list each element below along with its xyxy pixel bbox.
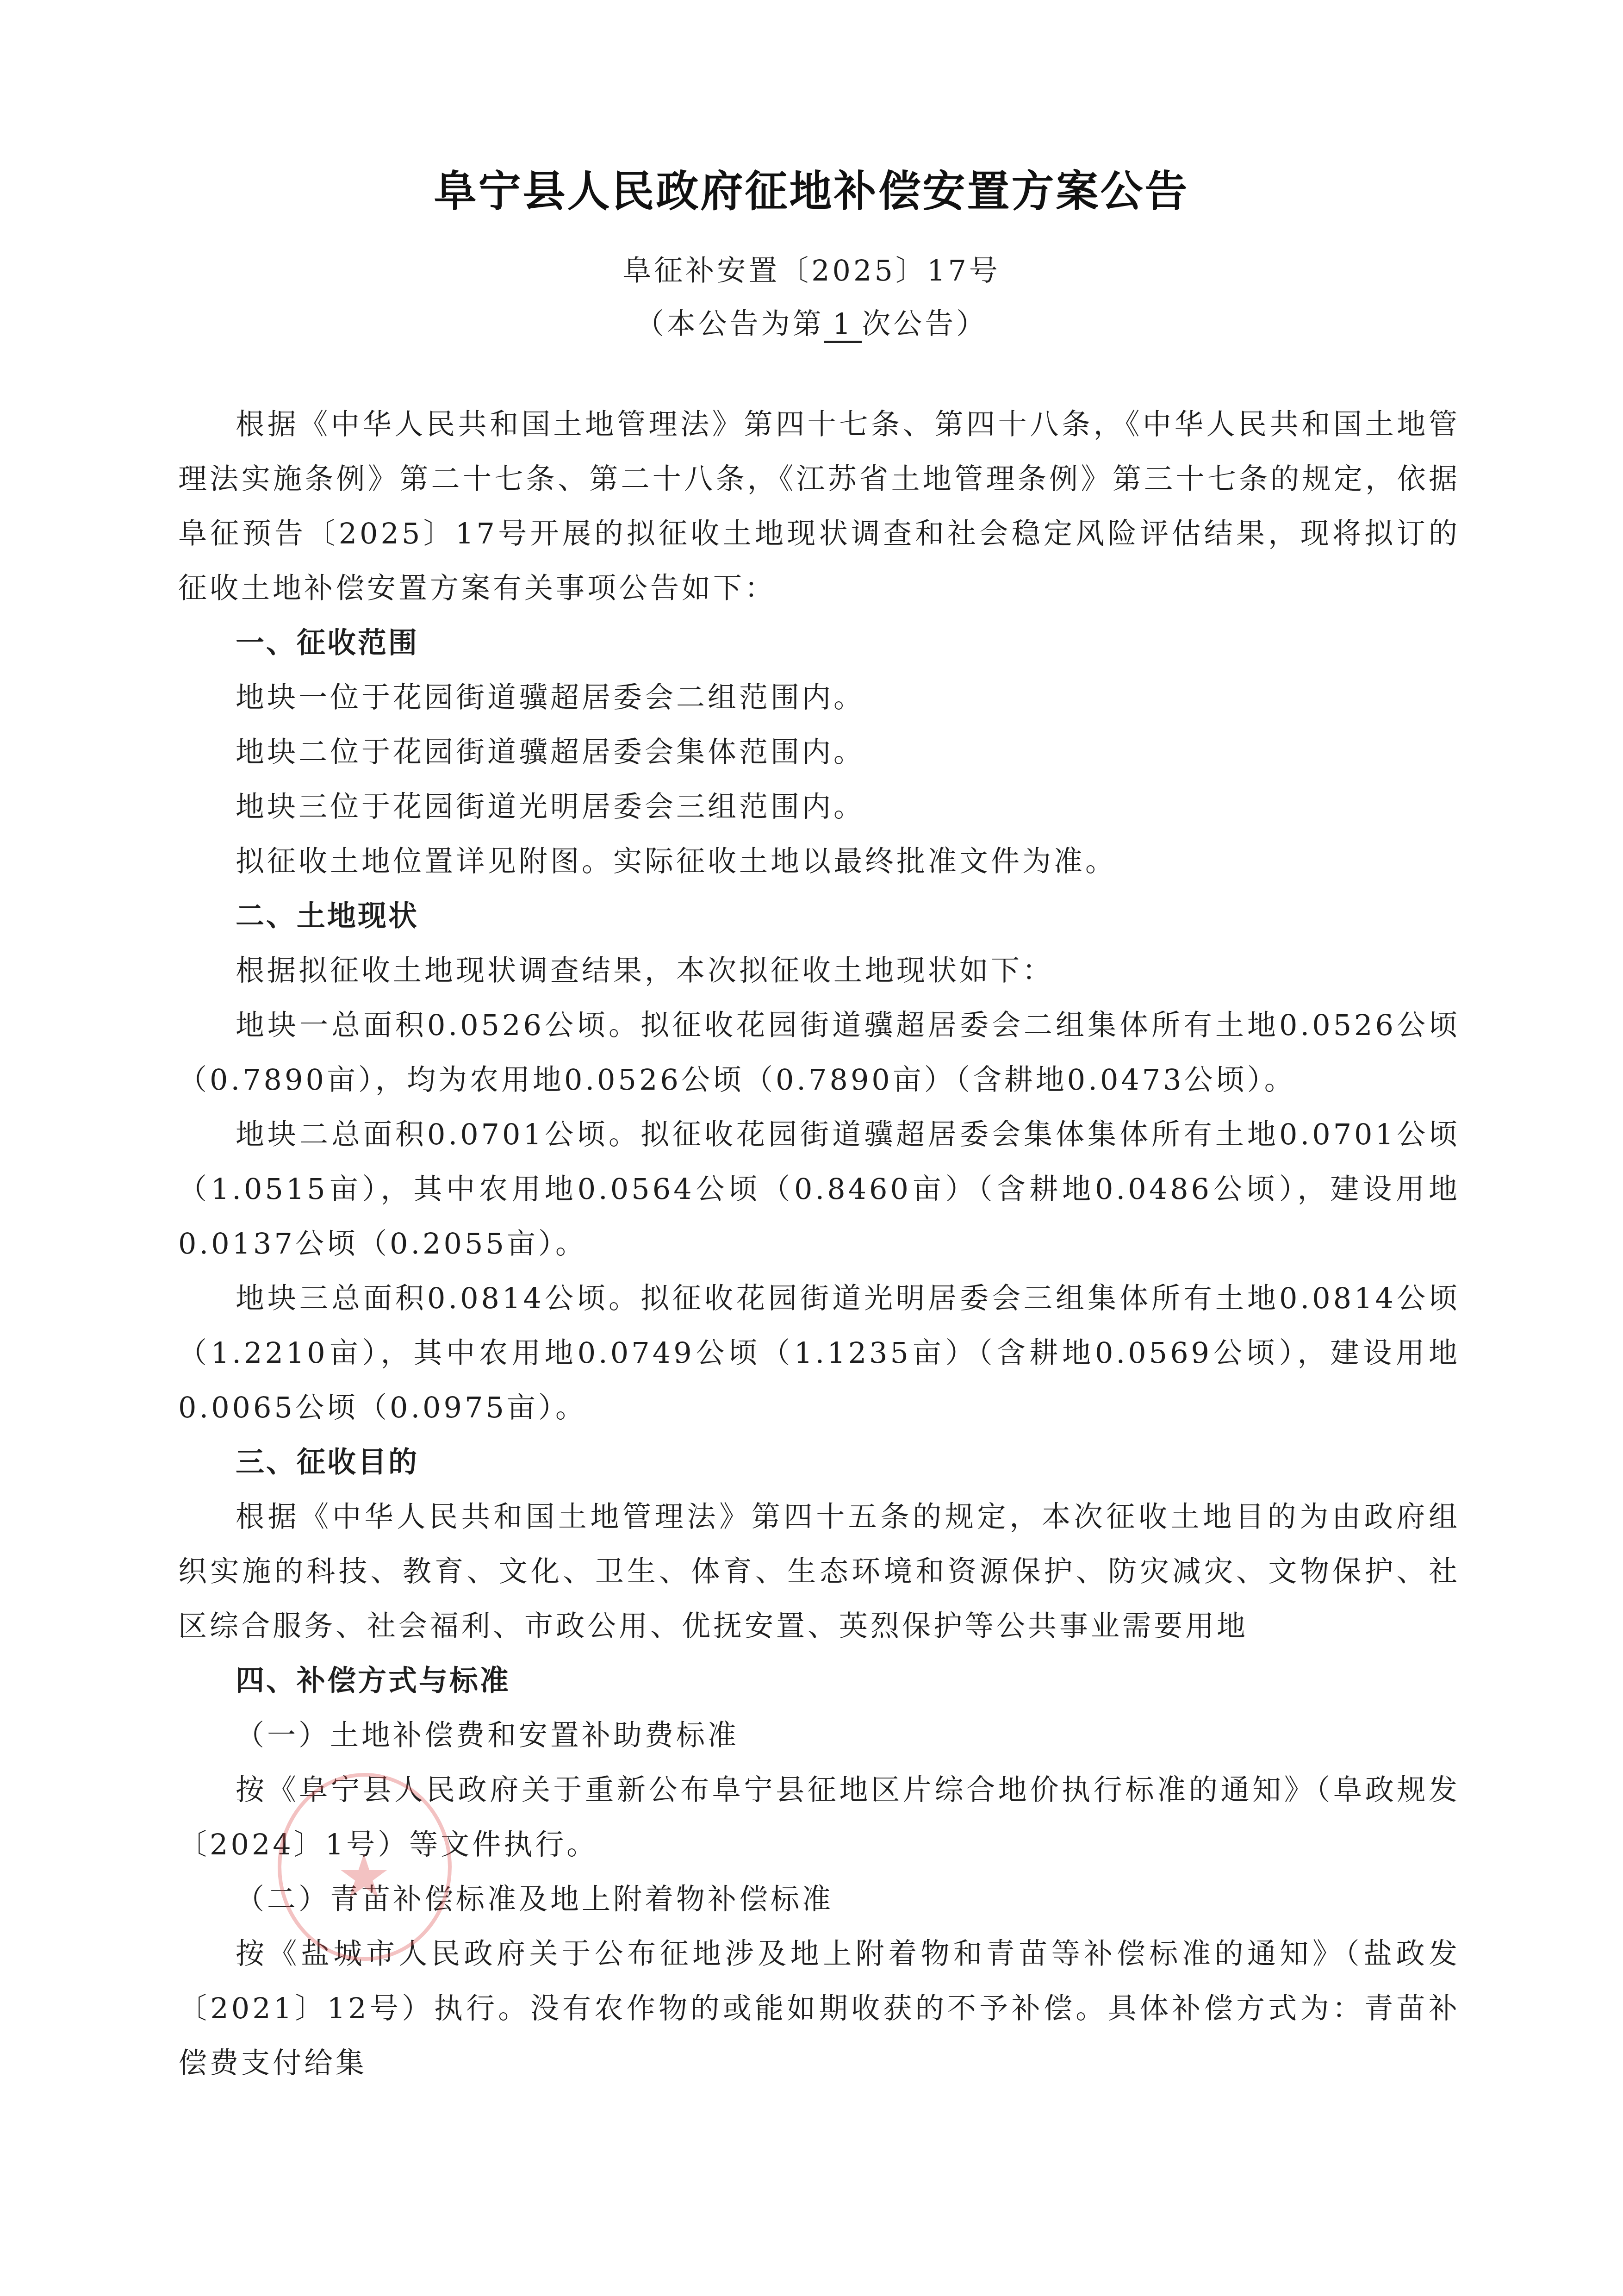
round-suffix: 次公告）	[862, 307, 988, 341]
announcement-round: （本公告为第1次公告）	[0, 301, 1623, 343]
paragraph: 根据拟征收土地现状调查结果，本次拟征收土地现状如下：	[178, 943, 1460, 998]
subsection-heading: （二）青苗补偿标准及地上附着物补偿标准	[178, 1872, 1460, 1927]
section-heading-land-status: 二、土地现状	[178, 889, 1460, 943]
document-number: 阜征补安置〔2025〕17号	[0, 248, 1623, 289]
paragraph-plot-2: 地块二总面积0.0701公顷。拟征收花园街道骥超居委会集体集体所有土地0.070…	[178, 1107, 1460, 1271]
paragraph: 地块三位于花园街道光明居委会三组范围内。	[178, 780, 1460, 834]
section-heading-scope: 一、征收范围	[178, 616, 1460, 670]
section-heading-compensation: 四、补偿方式与标准	[178, 1653, 1460, 1708]
paragraph: 地块一位于花园街道骥超居委会二组范围内。	[178, 670, 1460, 725]
paragraph-plot-1: 地块一总面积0.0526公顷。拟征收花园街道骥超居委会二组集体所有土地0.052…	[178, 998, 1460, 1107]
paragraph: 拟征收土地位置详见附图。实际征收土地以最终批准文件为准。	[178, 834, 1460, 889]
paragraph: 按《盐城市人民政府关于公布征地涉及地上附着物和青苗等补偿标准的通知》（盐政发〔2…	[178, 1927, 1460, 2090]
paragraph-plot-3: 地块三总面积0.0814公顷。拟征收花园街道光明居委会三组集体所有土地0.081…	[178, 1271, 1460, 1435]
document-page: 阜宁县人民政府征地补偿安置方案公告 阜征补安置〔2025〕17号 （本公告为第1…	[0, 0, 1623, 2296]
round-prefix: （本公告为第	[635, 307, 824, 341]
paragraph: 按《阜宁县人民政府关于重新公布阜宁县征地区片综合地价执行标准的通知》（阜政规发〔…	[178, 1763, 1460, 1872]
page-title: 阜宁县人民政府征地补偿安置方案公告	[0, 157, 1623, 218]
paragraph: 根据《中华人民共和国土地管理法》第四十五条的规定，本次征收土地目的为由政府组织实…	[178, 1490, 1460, 1653]
round-number: 1	[824, 307, 862, 343]
intro-paragraph: 根据《中华人民共和国土地管理法》第四十七条、第四十八条，《中华人民共和国土地管理…	[178, 397, 1460, 616]
paragraph: 地块二位于花园街道骥超居委会集体范围内。	[178, 725, 1460, 780]
document-body: 根据《中华人民共和国土地管理法》第四十七条、第四十八条，《中华人民共和国土地管理…	[178, 397, 1460, 2090]
section-heading-purpose: 三、征收目的	[178, 1435, 1460, 1490]
subsection-heading: （一）土地补偿费和安置补助费标准	[178, 1708, 1460, 1763]
